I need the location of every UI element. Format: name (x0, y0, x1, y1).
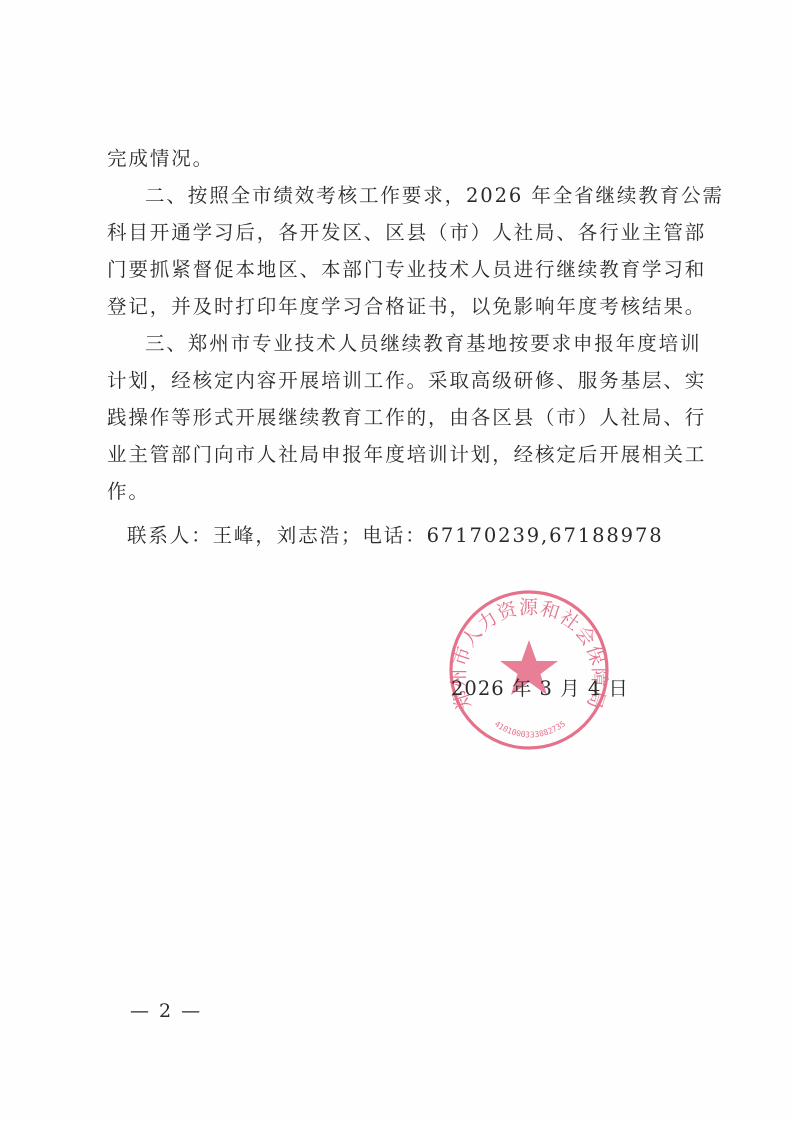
svg-text:4101000333882735: 4101000333882735 (493, 719, 567, 739)
paragraph-2-heading-line: 二、按照全市绩效考核工作要求，2026 年全省继续教育公需 (145, 183, 724, 209)
body-line: 科目开通学习后，各开发区、区县（市）人社局、各行业主管部 (107, 220, 706, 246)
official-seal: 郑州市人力资源和社会保障局 4101000333882735 (447, 588, 611, 752)
contact-info: 联系人：王峰，刘志浩；电话：67170239,67188978 (127, 523, 664, 549)
body-line: 门要抓紧督促本地区、本部门专业技术人员进行继续教育学习和 (107, 257, 706, 283)
body-line: 登记，并及时打印年度学习合格证书，以免影响年度考核结果。 (107, 294, 706, 320)
seal-code-text: 4101000333882735 (493, 719, 567, 739)
body-line: 作。 (107, 479, 150, 505)
page-number: — 2 — (130, 998, 202, 1024)
document-page: 完成情况。 二、按照全市绩效考核工作要求，2026 年全省继续教育公需 科目开通… (0, 0, 793, 1122)
body-line: 计划，经核定内容开展培训工作。采取高级研修、服务基层、实 (107, 368, 706, 394)
body-line: 业主管部门向市人社局申报年度培训计划，经核定后开展相关工 (107, 442, 706, 468)
issue-date: 2026 年 3 月 4 日 (451, 676, 629, 702)
paragraph-3-heading-line: 三、郑州市专业技术人员继续教育基地按要求申报年度培训 (145, 331, 701, 357)
body-line: 践操作等形式开展继续教育工作的，由各区县（市）人社局、行 (107, 405, 706, 431)
body-line: 完成情况。 (107, 146, 214, 172)
